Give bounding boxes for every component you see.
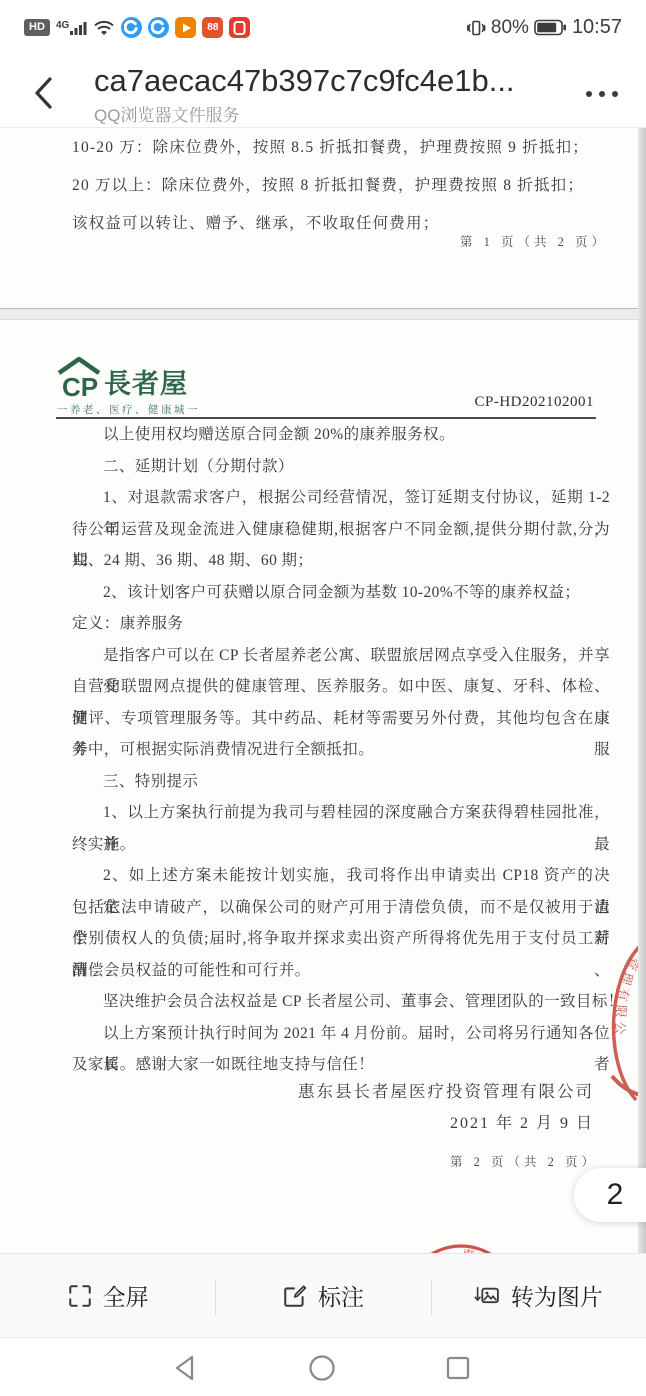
back-chevron-icon bbox=[31, 73, 55, 113]
convert-to-image-icon bbox=[474, 1283, 501, 1309]
annotate-label: 标注 bbox=[318, 1279, 364, 1312]
home-circle-icon bbox=[307, 1353, 337, 1383]
status-bar: HD 4G 88 bbox=[0, 0, 646, 55]
convert-to-image-button[interactable]: 转为图片 bbox=[431, 1254, 646, 1337]
phone-screen: HD 4G 88 bbox=[0, 0, 646, 1396]
browser-app-icon bbox=[121, 17, 142, 38]
document-page-2: CP 長者屋 一养老、医疗、健康城一 CP-HD202102001 以上使用权均… bbox=[0, 320, 646, 1253]
document-number: CP-HD202102001 bbox=[474, 394, 594, 411]
back-button[interactable] bbox=[26, 71, 60, 115]
doc-line: 10-20 万：除床位费外，按照 8.5 折抵扣餐费，护理费按照 9 折抵扣； bbox=[72, 129, 610, 167]
doc-line: 个别债权人的负债;届时,将争取并探求卖出资产所得将优先用于支付员工薪酬、 bbox=[72, 923, 610, 955]
logo-tagline: 一养老、医疗、健康城一 bbox=[57, 402, 200, 417]
page-separator bbox=[0, 308, 646, 320]
doc-line: 自营和联盟网点提供的健康管理、医养服务。如中医、康复、牙科、体检、健康 bbox=[72, 671, 610, 703]
network-type-label: 4G bbox=[56, 21, 69, 31]
doc-line: 以上方案预计执行时间为 2021 年 4 月份前。届时，公司将另行通知各位长者 bbox=[72, 1018, 610, 1050]
logo-name: 長者屋 bbox=[104, 362, 188, 401]
doc-line: 测评、专项管理服务等。其中药品、耗材等需要另外付费，其他均包含在康养服 bbox=[72, 703, 610, 735]
fullscreen-button[interactable]: 全屏 bbox=[0, 1254, 215, 1337]
svg-text:CP: CP bbox=[62, 372, 98, 400]
recents-square-icon bbox=[443, 1353, 473, 1383]
doc-line: 1、以上方案执行前提为我司与碧桂园的深度融合方案获得碧桂园批准，并最 bbox=[72, 797, 610, 829]
battery-icon bbox=[534, 19, 567, 36]
annotate-icon bbox=[282, 1283, 308, 1309]
browser-app-icon-2 bbox=[148, 17, 169, 38]
page2-text: 以上使用权均赠送原合同金额 20%的康养服务权。 二、延期计划（分期付款） 1、… bbox=[72, 419, 610, 1081]
vibrate-icon bbox=[466, 18, 486, 38]
doc-line: 三、特别提示 bbox=[72, 766, 610, 798]
document-viewport[interactable]: 10-20 万：除床位费外，按照 8.5 折抵扣餐费，护理费按照 9 折抵扣； … bbox=[0, 128, 646, 1253]
more-options-button[interactable] bbox=[584, 85, 620, 103]
hd-icon: HD bbox=[24, 19, 50, 36]
header-titles: ca7aecac47b397c7c9fc4e1b... QQ浏览器文件服务 bbox=[94, 63, 556, 126]
doc-line: 定义：康养服务 bbox=[72, 608, 610, 640]
cp-house-logo-icon: CP bbox=[56, 356, 102, 400]
reader-app-icon bbox=[229, 17, 250, 38]
doc-line: 以上使用权均赠送原合同金额 20%的康养服务权。 bbox=[72, 419, 610, 451]
convert-to-image-label: 转为图片 bbox=[511, 1279, 603, 1312]
fullscreen-label: 全屏 bbox=[103, 1279, 149, 1312]
app-header: ca7aecac47b397c7c9fc4e1b... QQ浏览器文件服务 bbox=[0, 55, 646, 128]
wifi-icon bbox=[93, 19, 115, 36]
back-triangle-icon bbox=[171, 1353, 199, 1383]
doc-line: 待公司运营及现金流进入健康稳健期,根据客户不同金额,提供分期付款,分为 12 bbox=[72, 514, 610, 546]
system-navbar bbox=[0, 1337, 646, 1396]
page2-number-label: 第 2 页（共 2 页） bbox=[450, 1152, 598, 1170]
page1-number-label: 第 1 页（共 2 页） bbox=[460, 232, 608, 250]
doc-line: 包括依法申请破产，以确保公司的财产可用于清偿负债，而不是仅被用于清偿对 bbox=[72, 892, 610, 924]
nav-home-button[interactable] bbox=[300, 1352, 344, 1384]
doc-line: 1、对退款需求客户，根据公司经营情况，签订延期支付协议，延期 1-2 年， bbox=[72, 482, 610, 514]
toolbar-divider bbox=[431, 1279, 432, 1315]
signal-bars-icon bbox=[70, 20, 87, 36]
nav-back-button[interactable] bbox=[163, 1352, 207, 1384]
status-right-icons: 80% 10:57 bbox=[466, 16, 622, 39]
page1-text: 10-20 万：除床位费外，按照 8.5 折抵扣餐费，护理费按照 9 折抵扣； … bbox=[72, 129, 610, 243]
signature-company: 惠东县长者屋医疗投资管理有限公司 bbox=[298, 1078, 594, 1102]
clock-label: 10:57 bbox=[572, 16, 622, 39]
file-title: ca7aecac47b397c7c9fc4e1b... bbox=[94, 63, 556, 99]
signal-icon: 4G bbox=[56, 20, 87, 36]
doc-line: 二、延期计划（分期付款） bbox=[72, 451, 610, 483]
doc-line: 20 万以上：除床位费外，按照 8 折抵扣餐费，护理费按照 8 折抵扣； bbox=[72, 167, 610, 205]
doc-line: 是指客户可以在 CP 长者屋养老公寓、联盟旅居网点享受入住服务，并享受 bbox=[72, 640, 610, 672]
signature-date: 2021 年 2 月 9 日 bbox=[450, 1110, 594, 1133]
photo-edge-strip bbox=[638, 128, 646, 1253]
fullscreen-icon bbox=[67, 1283, 93, 1309]
doc-line: 2、该计划客户可获赠以原合同金额为基数 10-20%不等的康养权益； bbox=[72, 577, 610, 609]
annotate-button[interactable]: 标注 bbox=[215, 1254, 430, 1337]
doc-line: 2、如上述方案未能按计划实施，我司将作出申请卖出 CP18 资产的决定，也 bbox=[72, 860, 610, 892]
file-source-label: QQ浏览器文件服务 bbox=[94, 101, 556, 126]
battery-percent-label: 80% bbox=[491, 17, 529, 39]
bottom-toolbar: 全屏 标注 转为图片 bbox=[0, 1253, 646, 1337]
nav-recents-button[interactable] bbox=[436, 1352, 480, 1384]
document-page-1: 10-20 万：除床位费外，按照 8.5 折抵扣餐费，护理费按照 9 折抵扣； … bbox=[0, 128, 646, 308]
page-number-badge[interactable]: 2 bbox=[574, 1168, 646, 1222]
doc-line: 坚决维护会员合法权益是 CP 长者屋公司、董事会、管理团队的一致目标！ bbox=[72, 986, 610, 1018]
edge-stamp: 管理有限公 bbox=[586, 944, 644, 1104]
kuaishou-app-icon: 88 bbox=[202, 17, 223, 38]
status-left-icons: HD 4G 88 bbox=[24, 17, 250, 38]
toolbar-divider bbox=[215, 1279, 216, 1315]
doc-line: 期、24 期、36 期、48 期、60 期； bbox=[72, 545, 610, 577]
video-play-app-icon bbox=[175, 17, 196, 38]
